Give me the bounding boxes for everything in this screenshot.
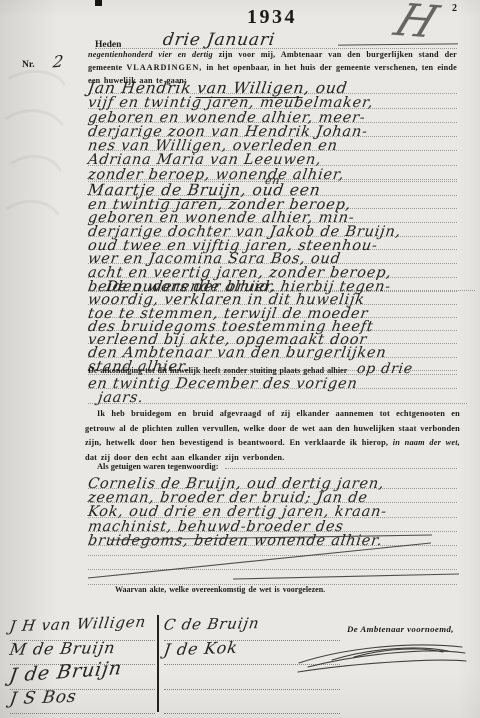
vows-emphasized: in naam der wet, — [393, 438, 460, 447]
official-label: De Ambtenaar voornoemd, — [347, 624, 454, 634]
groom-line-text: derjarige zoon van Hendrik Johan- — [87, 126, 368, 138]
marriage-date-handwritten: drie Januari — [162, 30, 277, 50]
blank-signature-line — [164, 690, 340, 714]
groom-line: Jan Hendrik van Willigen, oud — [88, 80, 457, 94]
announcement-handwritten-start: op drie — [357, 363, 415, 375]
signature-text: C de Bruijn — [163, 616, 261, 632]
bride-section: Maartje de Bruijn, oud een en twintig ja… — [88, 182, 457, 292]
consent-line: verleend bij akte, opgemaakt door — [88, 331, 457, 344]
witness-line-text: Cornelis de Bruijn, oud dertig jaren, — [87, 478, 385, 490]
bride-line: acht en veertig jaren, zonder beroep, — [88, 264, 457, 278]
scan-edge-artifact — [95, 0, 102, 6]
consent-line: woordig, verklaren in dit huwelijk — [88, 291, 457, 304]
witness-line-text: zeeman, broeder der bruid; Jan de — [87, 492, 368, 504]
consent-line: den Ambtenaar van den burgerlijken — [88, 344, 457, 357]
witness-line: Kok, oud drie en dertig jaren, kraan- — [88, 503, 457, 517]
official-signature-scribble — [296, 636, 468, 678]
cross-out-strokes — [85, 532, 460, 584]
bride-line: en twintig jaren, zonder beroep, — [88, 196, 457, 210]
bride-line: Maartje de Bruijn, oud een — [88, 182, 457, 196]
witness-line: Cornelis de Bruijn, oud dertig jaren, — [88, 475, 457, 489]
vows-paragraph: Ik heb bruidegom en bruid afgevraagd of … — [85, 407, 460, 465]
witnesses-label: Als getuigen waren tegenwoordig: — [88, 462, 219, 471]
groom-line-text: Adriana Maria van Leeuwen, — [87, 154, 322, 166]
date-line: Heden drie Januari — [95, 30, 457, 49]
announcement-line-text: en twintig December des vorigen — [87, 378, 358, 390]
marriage-record-scan: 1934 2 H Heden drie Januari Nr. 2 negent… — [0, 0, 480, 718]
witness-line: zeeman, broeder der bruid; Jan de — [88, 489, 457, 503]
groom-section: Jan Hendrik van Willigen, oud vijf en tw… — [88, 80, 457, 180]
signature: J S Bos — [10, 690, 155, 714]
announcement-section: De afkondiging tot dit huwelijk heeft zo… — [88, 360, 457, 404]
act-number: Nr. 2 — [22, 52, 64, 72]
witness-line-text: Kok, oud drie en dertig jaren, kraan- — [87, 506, 388, 518]
groom-name-line: Jan Hendrik van Willigen, oud — [87, 82, 348, 94]
groom-line: derjarige zoon van Hendrik Johan- — [88, 123, 457, 137]
bride-line: geboren en wonende alhier, min- — [88, 209, 457, 223]
signature-text: M de Bruijn — [9, 641, 117, 657]
witness-line-text: machinist, behuwd-broeder des — [87, 521, 344, 533]
vows-text-after: dat zij door den echt aan elkander zijn … — [85, 453, 285, 462]
bleed-through-marks — [2, 58, 72, 228]
signature: J H van Willigen — [10, 616, 155, 641]
groom-line: Adriana Maria van Leeuwen, — [88, 151, 457, 165]
signature-text: J S Bos — [9, 690, 78, 706]
signature-column-divider — [157, 615, 159, 712]
page-number: 2 — [452, 3, 457, 14]
witnesses-label-line: Als getuigen waren tegenwoordig: — [88, 462, 457, 471]
signature-column-left: J H van Willigen M de Bruijn J de Bruijn… — [10, 616, 155, 714]
witness-line: machinist, behuwd-broeder des — [88, 518, 457, 532]
year-in-words: negentienhonderd vier en dertig — [88, 50, 213, 59]
parental-consent-section: De ouders der bruid, hierbij tegen- woor… — [88, 278, 457, 371]
consent-line: des bruidegoms toestemming heeft — [88, 318, 457, 331]
groom-line: nes van Willigen, overleden en — [88, 137, 457, 151]
signature-text: J de Bruijn — [8, 661, 123, 683]
announcement-line-text: jaars. — [97, 392, 144, 404]
closing-statement: Waarvan akte, welke overeenkomstig de we… — [115, 585, 325, 594]
announcement-line: jaars. — [88, 389, 467, 404]
act-number-value: 2 — [51, 51, 64, 71]
signature-text: J H van Willigen — [9, 615, 147, 634]
signature-text: J de Kok — [163, 640, 239, 657]
signature: J de Bruijn — [10, 665, 155, 690]
groom-line-text: nes van Willigen, overleden en — [87, 140, 338, 152]
consent-line: toe te stemmen, terwijl de moeder — [88, 305, 457, 318]
announcement-line: De afkondiging tot dit huwelijk heeft zo… — [88, 360, 457, 375]
bride-line: wer en Jacomina Sara Bos, oud — [88, 250, 457, 264]
bride-name-line: Maartje de Bruijn, oud een — [87, 184, 321, 196]
bride-line: derjarige dochter van Jakob de Bruijn, — [88, 223, 457, 237]
consent-line: De ouders der bruid, hierbij tegen- — [88, 278, 475, 291]
bride-line: oud twee en vijftig jaren, steenhou- — [88, 237, 457, 251]
groom-line-text: vijf en twintig jaren, meubelmaker, — [87, 97, 374, 109]
act-number-label: Nr. — [22, 60, 35, 70]
announcement-line: en twintig December des vorigen — [88, 375, 457, 390]
filler-rule — [225, 468, 457, 469]
groom-line-text: geboren en wonende alhier, meer- — [87, 112, 366, 124]
groom-line: geboren en wonende alhier, meer- — [88, 109, 457, 123]
groom-line: vijf en twintig jaren, meubelmaker, — [88, 94, 457, 108]
year-heading: 1934 — [247, 6, 297, 29]
municipality-name: VLAARDINGEN, — [126, 63, 202, 72]
